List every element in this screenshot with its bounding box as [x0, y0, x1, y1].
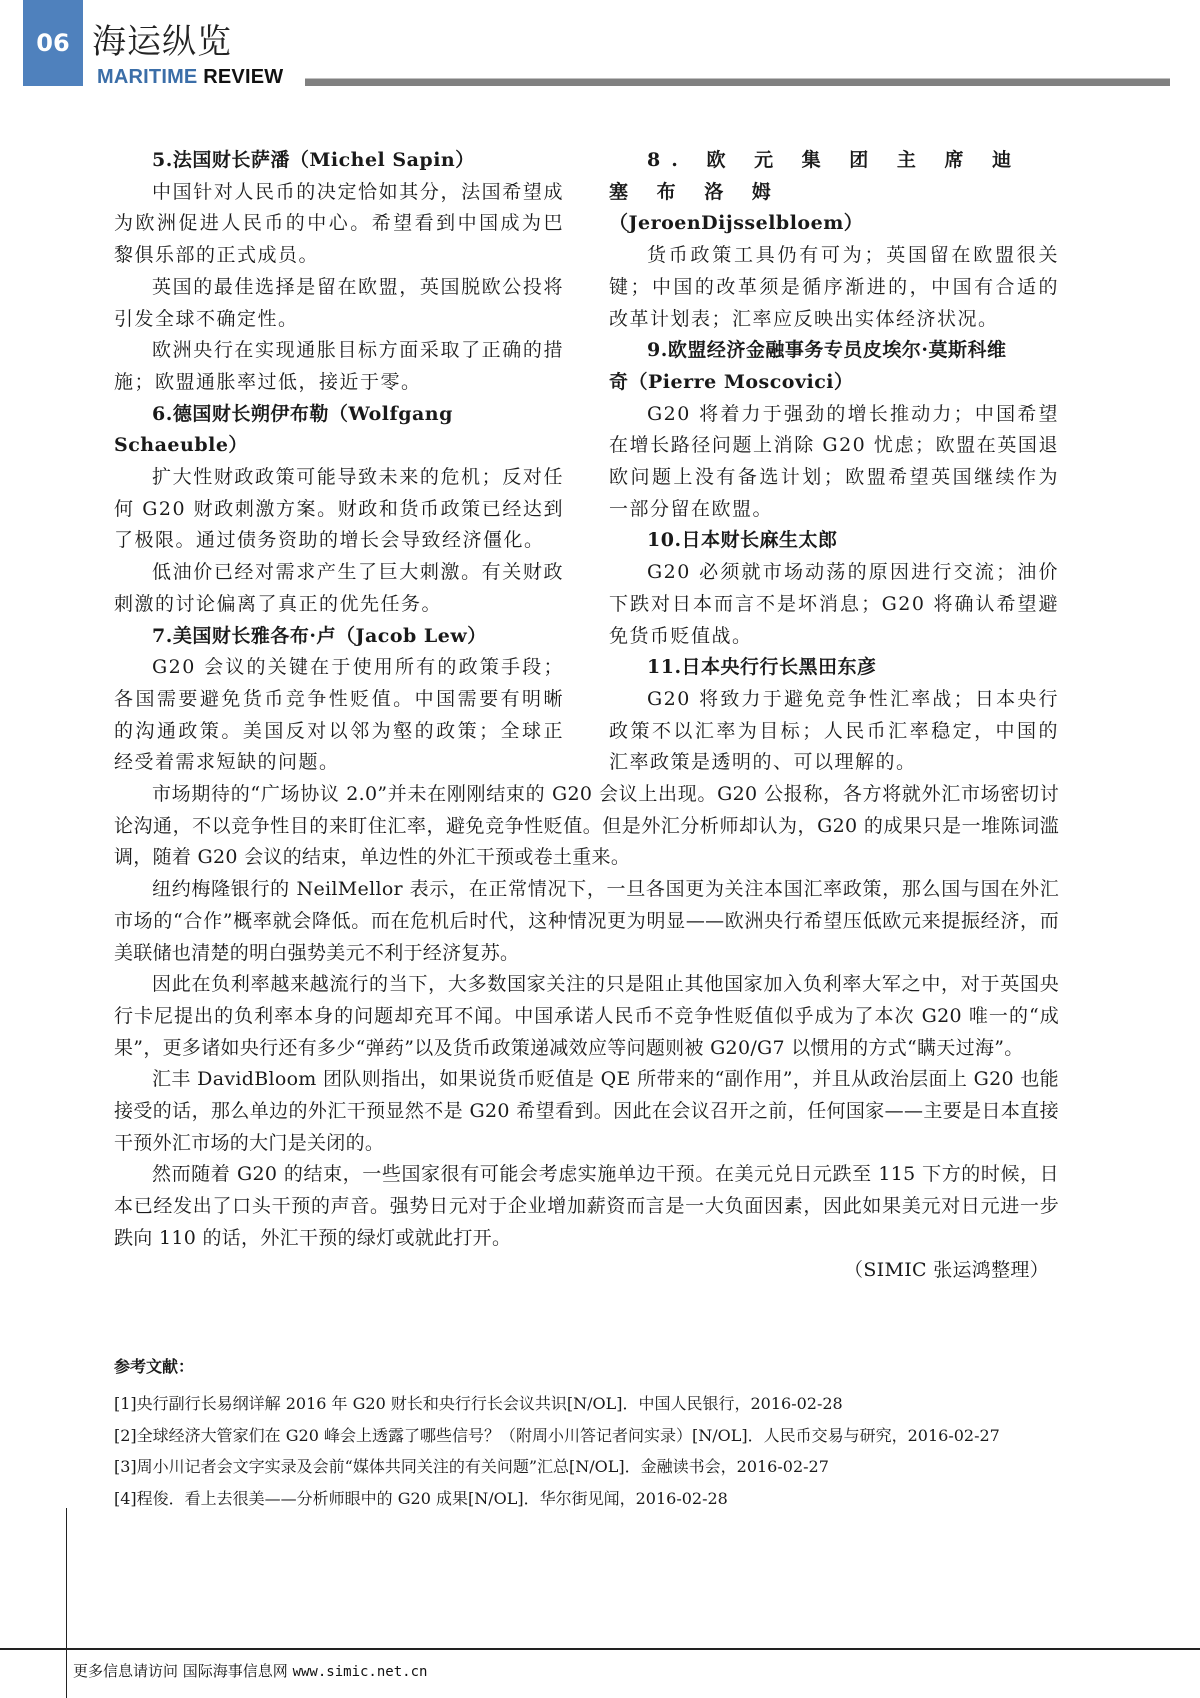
two-column-section: 5.法国财长萨潘（Michel Sapin） 中国针对人民币的决定恰如其分，法国…: [114, 145, 1059, 779]
section-heading: 10.日本财长麻生太郎: [609, 525, 1059, 557]
paragraph: 然而随着 G20 的结束，一些国家很有可能会考虑实施单边干预。在美元兑日元跌至 …: [114, 1159, 1059, 1254]
paragraph: 英国的最佳选择是留在欧盟，英国脱欧公投将引发全球不确定性。: [114, 272, 564, 335]
section-heading: 9.欧盟经济金融事务专员皮埃尔·莫斯科维: [609, 335, 1059, 367]
section-heading-continued: （JeroenDijsselbloem）: [609, 208, 1059, 240]
paragraph: 欧洲央行在实现通胀目标方面采取了正确的措施；欧盟通胀率过低，接近于零。: [114, 335, 564, 398]
page-number: 06: [36, 29, 69, 57]
section-heading: 11.日本央行行长黑田东彦: [609, 652, 1059, 684]
paragraph: 中国针对人民币的决定恰如其分，法国希望成为欧洲促进人民币的中心。希望看到中国成为…: [114, 177, 564, 272]
section-heading: 5.法国财长萨潘（Michel Sapin）: [114, 145, 564, 177]
section-heading-continued: 奇（Pierre Moscovici）: [609, 367, 1059, 399]
left-column: 5.法国财长萨潘（Michel Sapin） 中国针对人民币的决定恰如其分，法国…: [114, 145, 564, 779]
reference-item: [4]程俊．看上去很美——分析师眼中的 G20 成果[N/OL]．华尔街见闻，2…: [114, 1483, 1074, 1515]
magazine-subtitle: MARITIME REVIEW: [97, 66, 283, 89]
subtitle-review: REVIEW: [203, 66, 283, 88]
right-column: 8. 欧 元 集 团 主 席 迪 塞 布 洛 姆 （JeroenDijsselb…: [609, 145, 1059, 779]
footer-url-link[interactable]: www.simic.net.cn: [293, 1664, 428, 1680]
magazine-title: 海运纵览: [92, 14, 232, 63]
reference-item: [2]全球经济大管家们在 G20 峰会上透露了哪些信号？（附周小川答记者问实录）…: [114, 1420, 1074, 1452]
paragraph: 市场期待的“广场协议 2.0”并未在刚刚结束的 G20 会议上出现。G20 公报…: [114, 779, 1059, 874]
paragraph: G20 将着力于强劲的增长推动力；中国希望在增长路径问题上消除 G20 忧虑；欧…: [609, 399, 1059, 526]
subtitle-maritime: MARITIME: [97, 66, 197, 88]
paragraph: 因此在负利率越来越流行的当下，大多数国家关注的只是阻止其他国家加入负利率大军之中…: [114, 969, 1059, 1064]
author-credit: （SIMIC 张运鸿整理）: [114, 1255, 1059, 1287]
reference-item: [1]央行副行长易纲详解 2016 年 G20 财长和央行行长会议共识[N/OL…: [114, 1388, 1074, 1420]
paragraph: 低油价已经对需求产生了巨大刺激。有关财政刺激的讨论偏离了真正的优先任务。: [114, 557, 564, 620]
section-heading: 7.美国财长雅各布·卢（Jacob Lew）: [114, 621, 564, 653]
paragraph: G20 会议的关键在于使用所有的政策手段；各国需要避免货币竞争性贬值。中国需要有…: [114, 652, 564, 779]
paragraph: 扩大性财政政策可能导致未来的危机；反对任何 G20 财政刺激方案。财政和货币政策…: [114, 462, 564, 557]
footer: 更多信息请访问 国际海事信息网 www.simic.net.cn: [73, 1660, 427, 1681]
paragraph: G20 将致力于避免竞争性汇率战；日本央行政策不以汇率为目标；人民币汇率稳定，中…: [609, 684, 1059, 779]
section-heading: 8. 欧 元 集 团 主 席 迪 塞 布 洛 姆: [609, 145, 1059, 208]
footer-horizontal-rule: [0, 1648, 1200, 1650]
header-divider: [305, 78, 1170, 86]
footer-vertical-rule: [66, 1508, 67, 1698]
article-body: 市场期待的“广场协议 2.0”并未在刚刚结束的 G20 会议上出现。G20 公报…: [114, 779, 1059, 1286]
paragraph: 纽约梅隆银行的 NeilMellor 表示，在正常情况下，一旦各国更为关注本国汇…: [114, 874, 1059, 969]
references-title: 参考文献：: [114, 1356, 1074, 1378]
paragraph: G20 必须就市场动荡的原因进行交流；油价下跌对日本而言不是坏消息；G20 将确…: [609, 557, 1059, 652]
page-number-badge: 06: [23, 0, 83, 86]
reference-item: [3]周小川记者会文字实录及会前“媒体共同关注的有关问题”汇总[N/OL]．金融…: [114, 1451, 1074, 1483]
footer-text: 更多信息请访问 国际海事信息网: [73, 1662, 288, 1680]
references-section: 参考文献： [1]央行副行长易纲详解 2016 年 G20 财长和央行行长会议共…: [114, 1356, 1074, 1514]
paragraph: 汇丰 DavidBloom 团队则指出，如果说货币贬值是 QE 所带来的“副作用…: [114, 1064, 1059, 1159]
paragraph: 货币政策工具仍有可为；英国留在欧盟很关键；中国的改革须是循序渐进的，中国有合适的…: [609, 240, 1059, 335]
section-heading: 6.德国财长朔伊布勒（Wolfgang Schaeuble）: [114, 399, 564, 462]
